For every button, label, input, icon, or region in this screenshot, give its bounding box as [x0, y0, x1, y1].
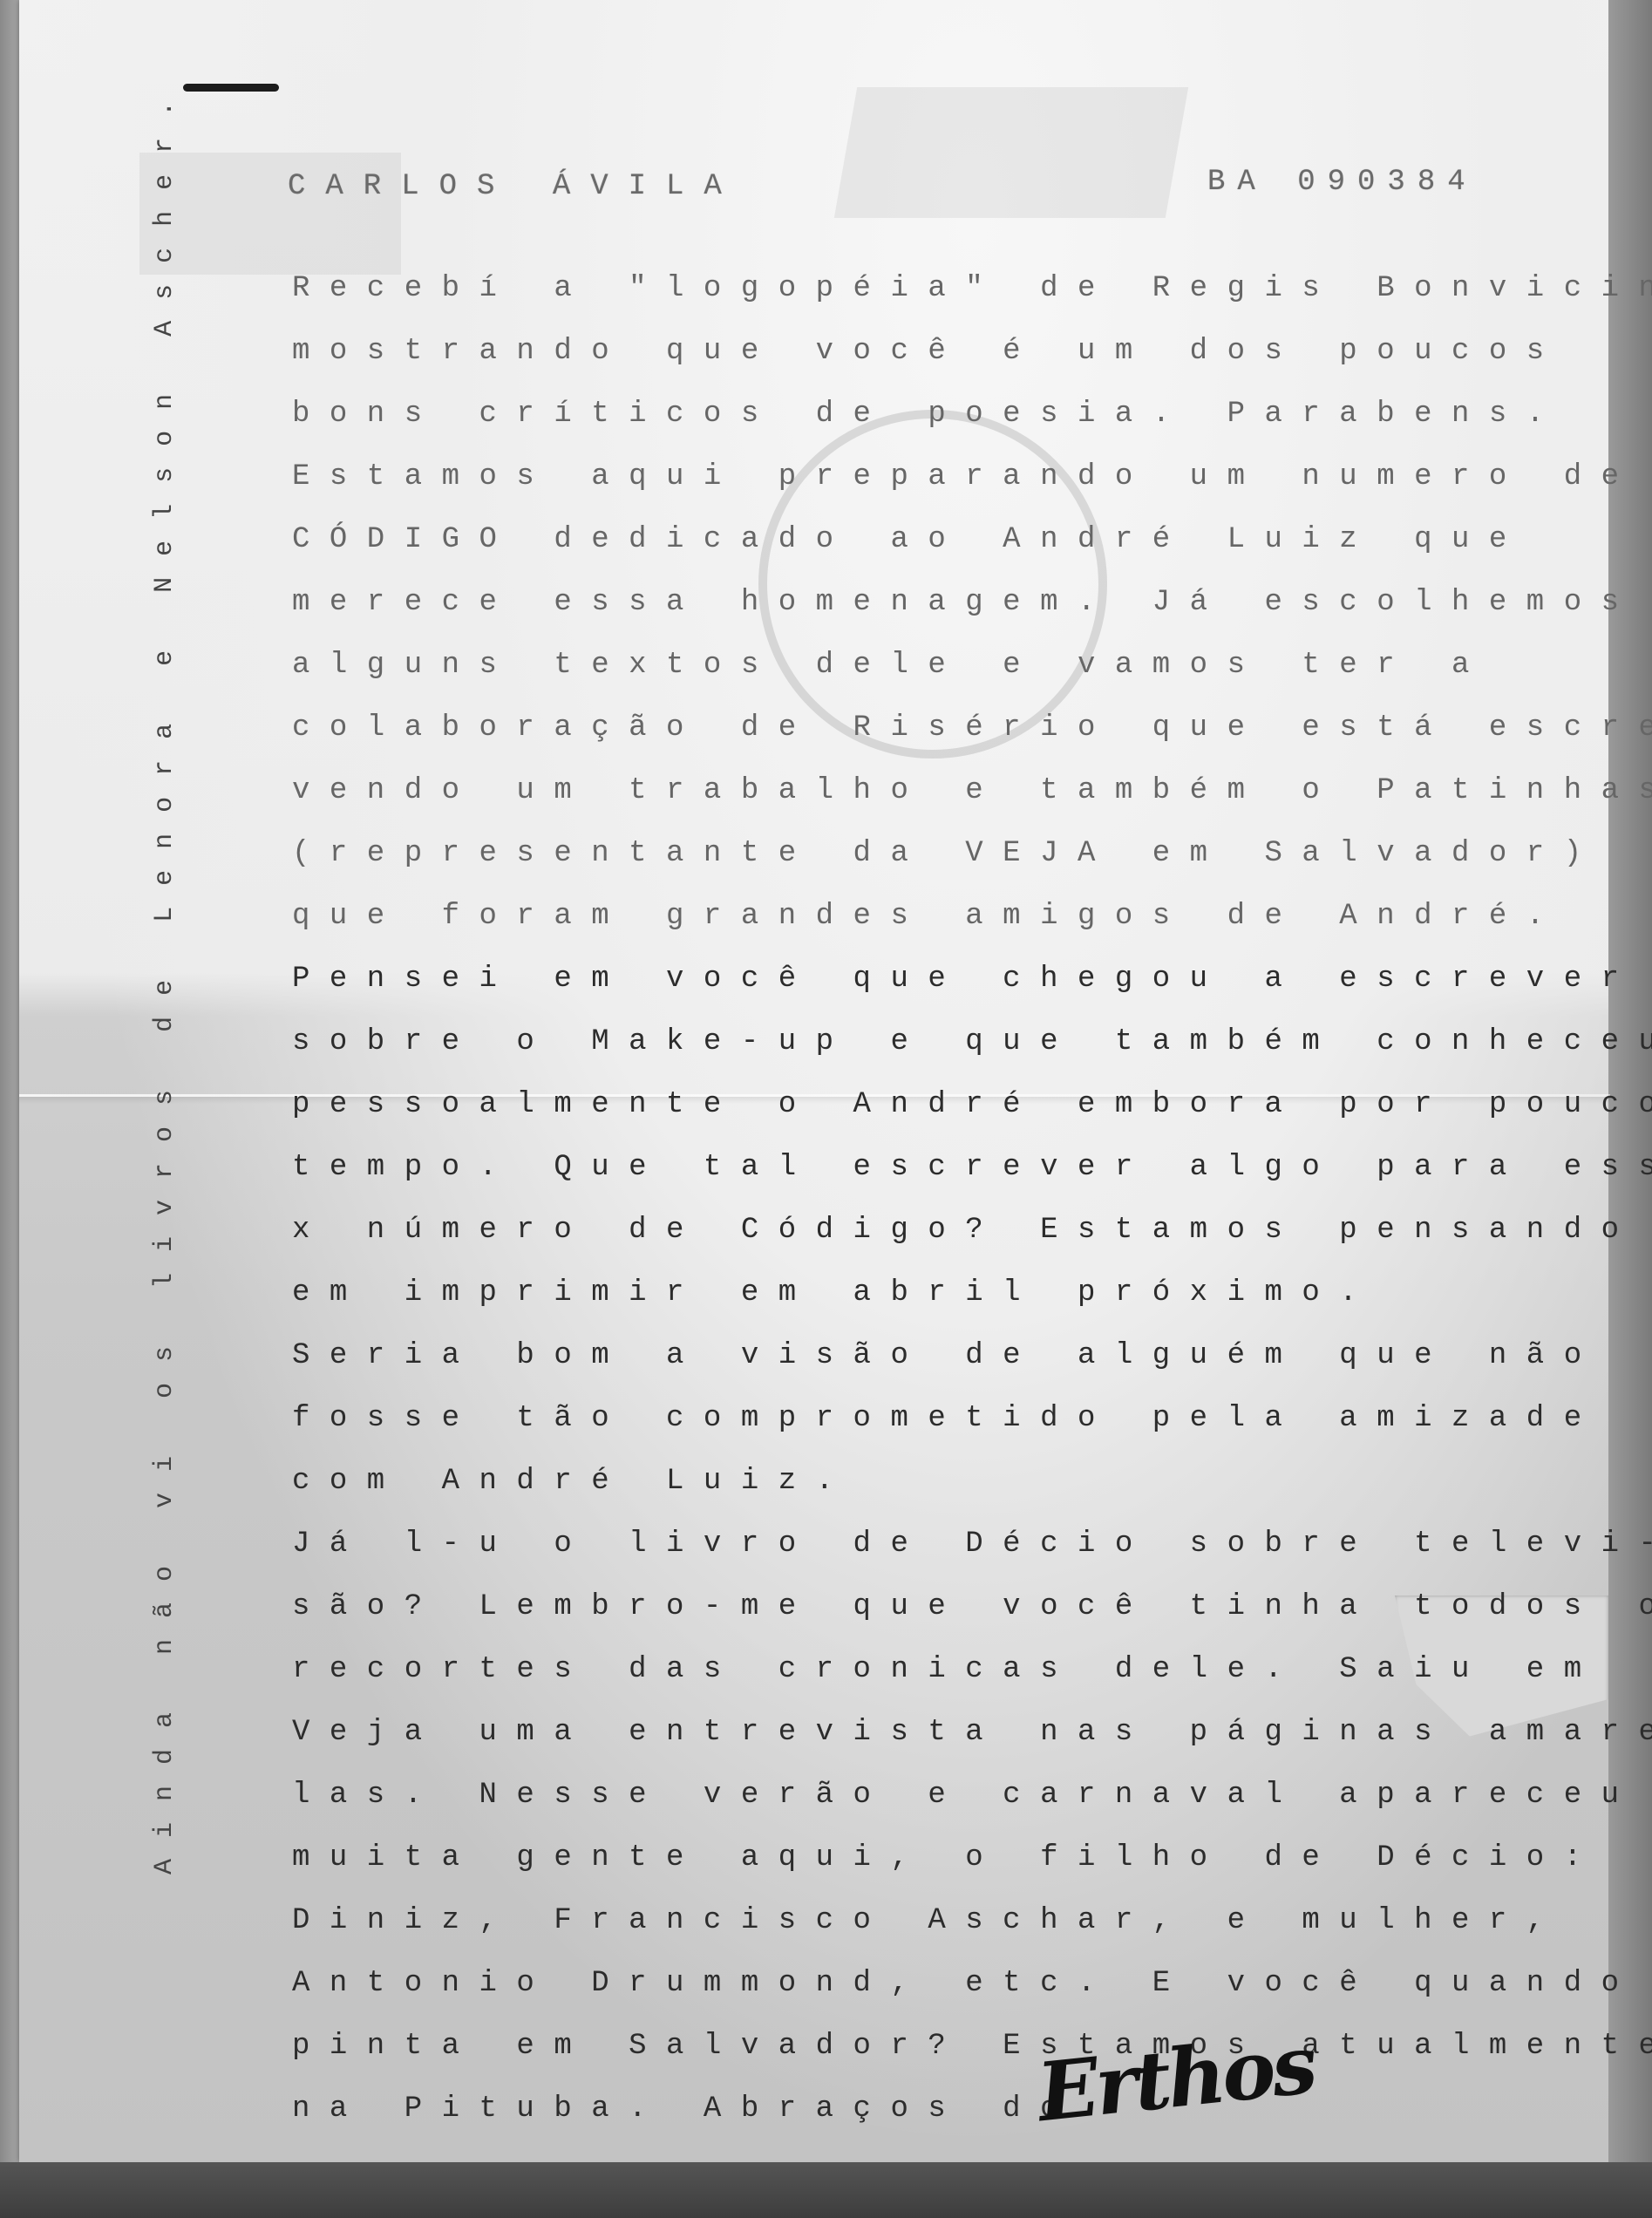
letter-line: em imprimir em abril próximo. — [292, 1262, 1652, 1324]
vertical-side-note: Ainda não vi os livros de Lenora e Nelso… — [150, 80, 180, 1874]
letter-line: colaboração de Risério que está escre- — [292, 697, 1652, 759]
letter-line: recortes das cronicas dele. Saiu em — [292, 1638, 1652, 1701]
letter-line: Pensei em você que chegou a escrever — [292, 948, 1652, 1010]
letter-line: Diniz, Francisco Aschar, e mulher, — [292, 1889, 1652, 1952]
letter-line: pinta em Salvador? Estamos atualmente — [292, 2015, 1652, 2078]
letter-line: muita gente aqui, o filho de Décio: — [292, 1827, 1652, 1889]
letter-line: bons críticos de poesia. Parabens. — [292, 383, 1652, 446]
letter-line: sobre o Make-up e que também conheceu — [292, 1010, 1652, 1073]
letter-line: Já l-u o livro de Décio sobre televi- — [292, 1513, 1652, 1575]
stamp-ghost-icon — [834, 87, 1188, 218]
letter-line: mostrando que você é um dos poucos — [292, 320, 1652, 383]
letter-line: (representante da VEJA em Salvador) — [292, 822, 1652, 885]
letter-line: são? Lembro-me que você tinha todos os — [292, 1575, 1652, 1638]
letter-line: fosse tão comprometido pela amizade — [292, 1387, 1652, 1450]
letter-line: pessoalmente o André embora por pouco — [292, 1073, 1652, 1136]
letter-line: CÓDIGO dedicado ao André Luiz que — [292, 508, 1652, 571]
letter-line: Recebí a "logopéia" de Regis Bonvicino — [292, 257, 1652, 320]
reference-date: BA 090384 — [1207, 166, 1478, 199]
letter-line: tempo. Que tal escrever algo para esse — [292, 1136, 1652, 1199]
margin-dash-mark — [183, 84, 279, 92]
letter-line: com André Luiz. — [292, 1450, 1652, 1513]
letter-line: alguns textos dele e vamos ter a — [292, 634, 1652, 697]
letter-line: las. Nesse verão e carnaval apareceu — [292, 1764, 1652, 1827]
letter-line: Veja uma entrevista nas páginas amare- — [292, 1701, 1652, 1764]
letter-line: na Pituba. Abraços do — [292, 2078, 1652, 2140]
recipient-name: CARLOS ÁVILA — [288, 170, 742, 203]
letter-body: Recebí a "logopéia" de Regis Bonvicinomo… — [292, 257, 1652, 2140]
letter-line: vendo um trabalho e também o Patinhas — [292, 759, 1652, 822]
letter-line: Seria bom a visão de alguém que não — [292, 1324, 1652, 1387]
letter-line: que foram grandes amigos de André. — [292, 885, 1652, 948]
letter-line: Estamos aqui preparando um numero de — [292, 446, 1652, 508]
letter-line: merece essa homenagem. Já escolhemos — [292, 571, 1652, 634]
letter-line: x número de Código? Estamos pensando — [292, 1199, 1652, 1262]
letter-line: Antonio Drummond, etc. E você quando — [292, 1952, 1652, 2015]
background-bottom-edge — [0, 2162, 1652, 2218]
